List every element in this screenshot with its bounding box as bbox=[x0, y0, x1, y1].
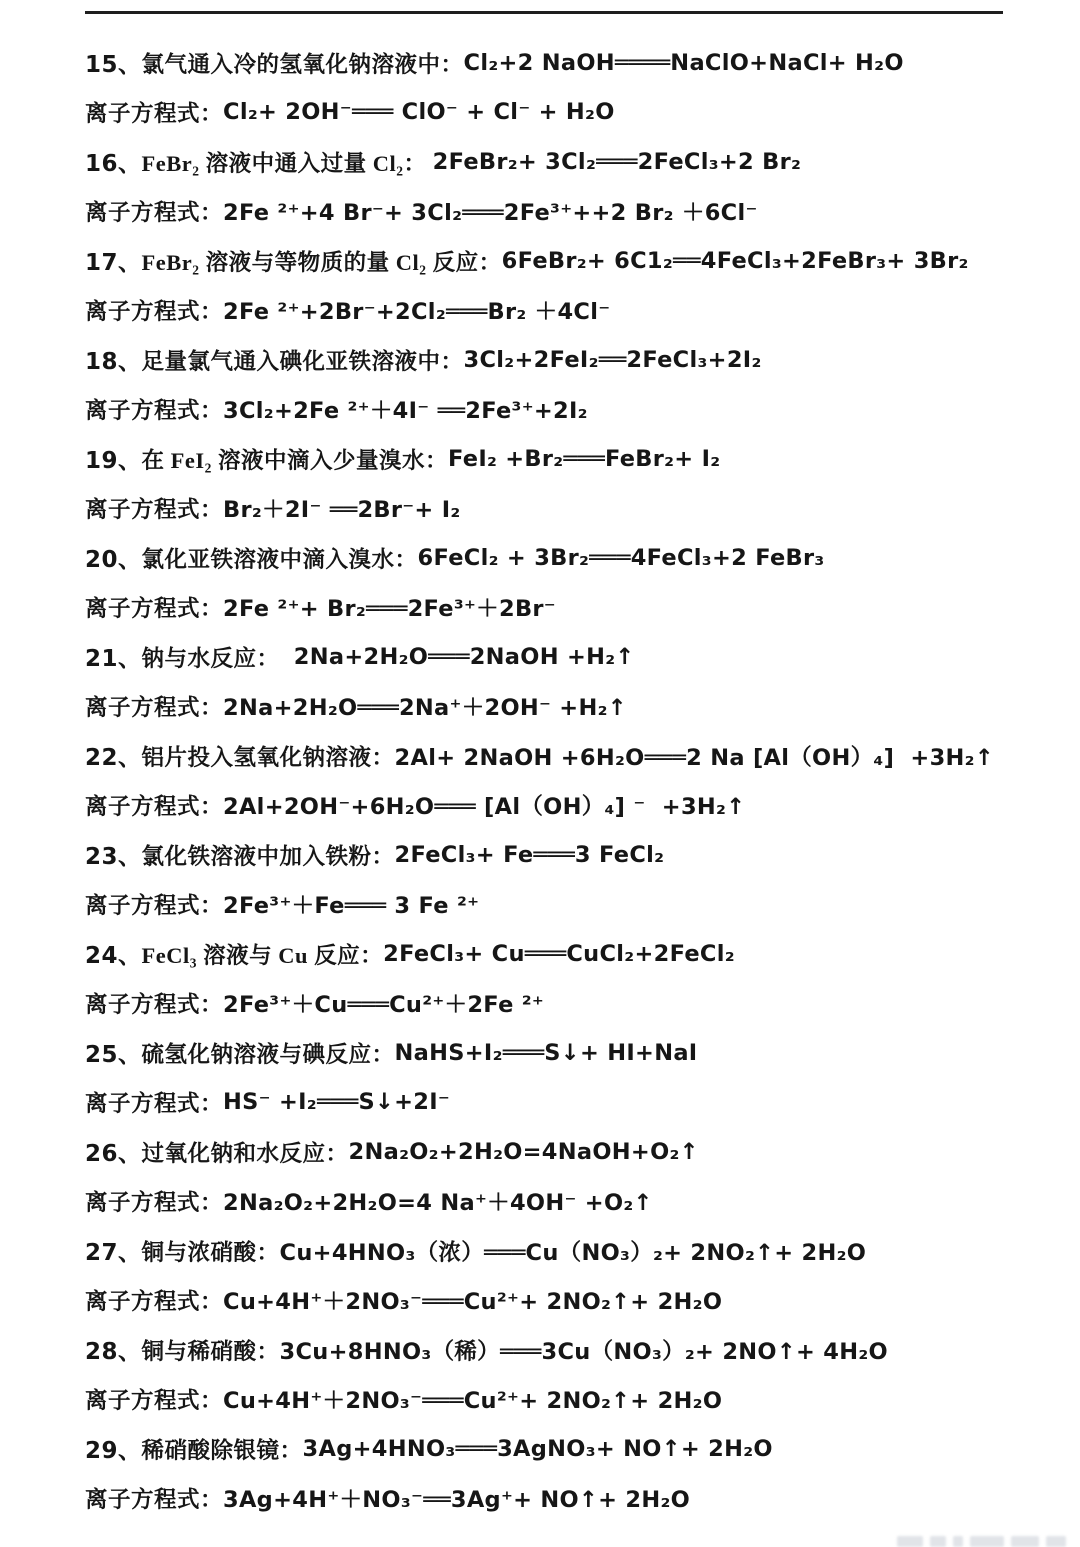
item-equation: 3Ag+4HNO₃═══3AgNO₃+ NO↑+ 2H₂O bbox=[303, 1436, 773, 1462]
ionic-line: 离子方程式： Cu+4H⁺＋2NO₃⁻═══Cu²⁺+ 2NO₂↑+ 2H₂O bbox=[85, 1276, 1035, 1326]
item-number: 24、 bbox=[85, 937, 142, 970]
reaction-item: 15、 氯气通入冷的氢氧化钠溶液中： Cl₂+2 NaOH════NaClO+N… bbox=[85, 38, 1035, 137]
reaction-line: 17、 FeBr₂ 溶液与等物质的量 Cl₂ 反应： 6FeBr₂+ 6C1₂═… bbox=[85, 236, 1035, 286]
item-number: 22、 bbox=[85, 739, 142, 772]
item-number: 19、 bbox=[85, 442, 142, 475]
item-equation: 2FeCl₃+ Fe═══3 FeCl₂ bbox=[395, 842, 665, 868]
item-number: 18、 bbox=[85, 343, 142, 376]
item-title: FeBr₂ 溶液中通入过量 Cl₂： bbox=[142, 146, 433, 178]
reaction-item: 18、 足量氯气通入碘化亚铁溶液中： 3Cl₂+2FeI₂══2FeCl₃+2I… bbox=[85, 335, 1035, 434]
item-equation: FeI₂ +Br₂═══FeBr₂+ I₂ bbox=[448, 446, 720, 472]
ionic-equation: 2Fe³⁺＋Fe═══ 3 Fe ²⁺ bbox=[223, 888, 479, 920]
reaction-line: 21、 钠与水反应： 2Na+2H₂O═══2NaOH +H₂↑ bbox=[85, 632, 1035, 682]
ionic-equation: 2Fe ²⁺+2Br⁻+2Cl₂═══Br₂ ＋4Cl⁻ bbox=[223, 294, 610, 326]
ionic-equation: 2Na+2H₂O═══2Na⁺＋2OH⁻ +H₂↑ bbox=[223, 690, 627, 722]
item-title: 铝片投入氢氧化钠溶液： bbox=[142, 740, 395, 772]
ionic-line: 离子方程式： Cu+4H⁺＋2NO₃⁻═══Cu²⁺+ 2NO₂↑+ 2H₂O bbox=[85, 1375, 1035, 1425]
reaction-item: 21、 钠与水反应： 2Na+2H₂O═══2NaOH +H₂↑ 离子方程式： … bbox=[85, 632, 1035, 731]
reaction-line: 25、 硫氢化钠溶液与碘反应： NaHS+I₂═══S↓+ HI+NaI bbox=[85, 1028, 1035, 1078]
item-equation: 3Cl₂+2FeI₂══2FeCl₃+2I₂ bbox=[464, 347, 762, 373]
ionic-label: 离子方程式： bbox=[85, 1185, 223, 1217]
ionic-line: 离子方程式： 2Al+2OH⁻+6H₂O═══ [Al（OH）₄] ⁻ +3H₂… bbox=[85, 781, 1035, 831]
ionic-line: 离子方程式： HS⁻ +I₂═══S↓+2I⁻ bbox=[85, 1078, 1035, 1128]
ionic-line: 离子方程式： 2Fe³⁺＋Cu═══Cu²⁺＋2Fe ²⁺ bbox=[85, 979, 1035, 1029]
item-number: 29、 bbox=[85, 1432, 142, 1465]
item-title: 铜与稀硝酸： bbox=[142, 1334, 280, 1366]
ionic-label: 离子方程式： bbox=[85, 1086, 223, 1118]
item-number: 20、 bbox=[85, 541, 142, 574]
ionic-equation: 2Fe³⁺＋Cu═══Cu²⁺＋2Fe ²⁺ bbox=[223, 987, 544, 1019]
reaction-line: 28、 铜与稀硝酸： 3Cu+8HNO₃（稀）═══3Cu（NO₃）₂+ 2NO… bbox=[85, 1325, 1035, 1375]
item-equation: 2FeBr₂+ 3Cl₂═══2FeCl₃+2 Br₂ bbox=[433, 149, 802, 175]
item-title: 足量氯气通入碘化亚铁溶液中： bbox=[142, 344, 464, 376]
ionic-label: 离子方程式： bbox=[85, 393, 223, 425]
item-title: 过氧化钠和水反应： bbox=[142, 1136, 349, 1168]
reaction-item: 22、 铝片投入氢氧化钠溶液： 2Al+ 2NaOH +6H₂O═══2 Na … bbox=[85, 731, 1035, 830]
item-equation: NaHS+I₂═══S↓+ HI+NaI bbox=[395, 1040, 698, 1066]
ionic-line: 离子方程式： 2Fe ²⁺+ Br₂═══2Fe³⁺＋2Br⁻ bbox=[85, 583, 1035, 633]
ionic-line: 离子方程式： Cl₂+ 2OH⁻═══ ClO⁻ + Cl⁻ + H₂O bbox=[85, 88, 1035, 138]
item-title: 氯化铁溶液中加入铁粉： bbox=[142, 839, 395, 871]
reaction-item: 24、 FeCl₃ 溶液与 Cu 反应： 2FeCl₃+ Cu═══CuCl₂+… bbox=[85, 929, 1035, 1028]
item-number: 16、 bbox=[85, 145, 142, 178]
ionic-label: 离子方程式： bbox=[85, 789, 223, 821]
reaction-item: 20、 氯化亚铁溶液中滴入溴水： 6FeCl₂ + 3Br₂═══4FeCl₃+… bbox=[85, 533, 1035, 632]
item-title: 稀硝酸除银镜： bbox=[142, 1433, 303, 1465]
ionic-equation: Cu+4H⁺＋2NO₃⁻═══Cu²⁺+ 2NO₂↑+ 2H₂O bbox=[223, 1383, 722, 1415]
item-equation: 6FeCl₂ + 3Br₂═══4FeCl₃+2 FeBr₃ bbox=[418, 545, 825, 571]
item-equation: Cl₂+2 NaOH════NaClO+NaCl+ H₂O bbox=[464, 50, 904, 76]
ionic-label: 离子方程式： bbox=[85, 690, 223, 722]
item-title: 在 FeI₂ 溶液中滴入少量溴水： bbox=[142, 443, 448, 475]
watermark bbox=[890, 1529, 1066, 1547]
ionic-equation: 2Fe ²⁺+4 Br⁻+ 3Cl₂═══2Fe³⁺++2 Br₂ ＋6Cl⁻ bbox=[223, 195, 758, 227]
ionic-line: 离子方程式： Br₂＋2I⁻ ══2Br⁻+ I₂ bbox=[85, 484, 1035, 534]
ionic-label: 离子方程式： bbox=[85, 492, 223, 524]
item-equation: 3Cu+8HNO₃（稀）═══3Cu（NO₃）₂+ 2NO↑+ 4H₂O bbox=[280, 1334, 888, 1366]
reaction-line: 15、 氯气通入冷的氢氧化钠溶液中： Cl₂+2 NaOH════NaClO+N… bbox=[85, 38, 1035, 88]
item-number: 28、 bbox=[85, 1333, 142, 1366]
page-top-rule bbox=[85, 11, 1003, 14]
reaction-line: 23、 氯化铁溶液中加入铁粉： 2FeCl₃+ Fe═══3 FeCl₂ bbox=[85, 830, 1035, 880]
item-number: 27、 bbox=[85, 1234, 142, 1267]
item-equation: 6FeBr₂+ 6C1₂══4FeCl₃+2FeBr₃+ 3Br₂ bbox=[502, 248, 969, 274]
reaction-line: 24、 FeCl₃ 溶液与 Cu 反应： 2FeCl₃+ Cu═══CuCl₂+… bbox=[85, 929, 1035, 979]
reaction-item: 25、 硫氢化钠溶液与碘反应： NaHS+I₂═══S↓+ HI+NaI 离子方… bbox=[85, 1028, 1035, 1127]
reaction-line: 20、 氯化亚铁溶液中滴入溴水： 6FeCl₂ + 3Br₂═══4FeCl₃+… bbox=[85, 533, 1035, 583]
ionic-label: 离子方程式： bbox=[85, 294, 223, 326]
item-title: 硫氢化钠溶液与碘反应： bbox=[142, 1037, 395, 1069]
reaction-item: 26、 过氧化钠和水反应： 2Na₂O₂+2H₂O=4NaOH+O₂↑ 离子方程… bbox=[85, 1127, 1035, 1226]
item-equation: 2Na+2H₂O═══2NaOH +H₂↑ bbox=[286, 644, 635, 670]
ionic-label: 离子方程式： bbox=[85, 888, 223, 920]
reaction-item: 23、 氯化铁溶液中加入铁粉： 2FeCl₃+ Fe═══3 FeCl₂ 离子方… bbox=[85, 830, 1035, 929]
reaction-line: 22、 铝片投入氢氧化钠溶液： 2Al+ 2NaOH +6H₂O═══2 Na … bbox=[85, 731, 1035, 781]
item-equation: 2Al+ 2NaOH +6H₂O═══2 Na [Al（OH）₄] +3H₂↑ bbox=[395, 740, 994, 772]
ionic-equation: 2Na₂O₂+2H₂O=4 Na⁺＋4OH⁻ +O₂↑ bbox=[223, 1185, 653, 1217]
reaction-line: 16、 FeBr₂ 溶液中通入过量 Cl₂： 2FeBr₂+ 3Cl₂═══2F… bbox=[85, 137, 1035, 187]
reaction-item: 29、 稀硝酸除银镜： 3Ag+4HNO₃═══3AgNO₃+ NO↑+ 2H₂… bbox=[85, 1424, 1035, 1523]
ionic-label: 离子方程式： bbox=[85, 1383, 223, 1415]
item-equation: 2FeCl₃+ Cu═══CuCl₂+2FeCl₂ bbox=[383, 941, 735, 967]
ionic-line: 离子方程式： 2Na+2H₂O═══2Na⁺＋2OH⁻ +H₂↑ bbox=[85, 682, 1035, 732]
reaction-item: 16、 FeBr₂ 溶液中通入过量 Cl₂： 2FeBr₂+ 3Cl₂═══2F… bbox=[85, 137, 1035, 236]
ionic-label: 离子方程式： bbox=[85, 987, 223, 1019]
ionic-label: 离子方程式： bbox=[85, 1284, 223, 1316]
ionic-line: 离子方程式： 3Ag+4H⁺＋NO₃⁻══3Ag⁺+ NO↑+ 2H₂O bbox=[85, 1474, 1035, 1524]
ionic-equation: HS⁻ +I₂═══S↓+2I⁻ bbox=[223, 1089, 450, 1115]
item-number: 15、 bbox=[85, 46, 142, 79]
item-title: 氯化亚铁溶液中滴入溴水： bbox=[142, 542, 418, 574]
ionic-equation: 3Cl₂+2Fe ²⁺＋4I⁻ ══2Fe³⁺+2I₂ bbox=[223, 393, 588, 425]
item-equation: Cu+4HNO₃（浓）═══Cu（NO₃）₂+ 2NO₂↑+ 2H₂O bbox=[280, 1235, 867, 1267]
ionic-label: 离子方程式： bbox=[85, 195, 223, 227]
ionic-equation: 3Ag+4H⁺＋NO₃⁻══3Ag⁺+ NO↑+ 2H₂O bbox=[223, 1482, 690, 1514]
reaction-item: 27、 铜与浓硝酸： Cu+4HNO₃（浓）═══Cu（NO₃）₂+ 2NO₂↑… bbox=[85, 1226, 1035, 1325]
ionic-label: 离子方程式： bbox=[85, 96, 223, 128]
item-title: 铜与浓硝酸： bbox=[142, 1235, 280, 1267]
ionic-line: 离子方程式： 3Cl₂+2Fe ²⁺＋4I⁻ ══2Fe³⁺+2I₂ bbox=[85, 385, 1035, 435]
ionic-label: 离子方程式： bbox=[85, 1482, 223, 1514]
reaction-line: 29、 稀硝酸除银镜： 3Ag+4HNO₃═══3AgNO₃+ NO↑+ 2H₂… bbox=[85, 1424, 1035, 1474]
reaction-line: 19、 在 FeI₂ 溶液中滴入少量溴水： FeI₂ +Br₂═══FeBr₂+… bbox=[85, 434, 1035, 484]
item-number: 21、 bbox=[85, 640, 142, 673]
document-page: { "doc": { "ionic_label": "离子方程式：", "ite… bbox=[0, 0, 1080, 1547]
item-number: 17、 bbox=[85, 244, 142, 277]
reaction-line: 27、 铜与浓硝酸： Cu+4HNO₃（浓）═══Cu（NO₃）₂+ 2NO₂↑… bbox=[85, 1226, 1035, 1276]
item-title: 氯气通入冷的氢氧化钠溶液中： bbox=[142, 47, 464, 79]
ionic-equation: 2Fe ²⁺+ Br₂═══2Fe³⁺＋2Br⁻ bbox=[223, 591, 556, 623]
reaction-item: 28、 铜与稀硝酸： 3Cu+8HNO₃（稀）═══3Cu（NO₃）₂+ 2NO… bbox=[85, 1325, 1035, 1424]
item-number: 25、 bbox=[85, 1036, 142, 1069]
item-title: FeBr₂ 溶液与等物质的量 Cl₂ 反应： bbox=[142, 245, 502, 277]
reaction-line: 18、 足量氯气通入碘化亚铁溶液中： 3Cl₂+2FeI₂══2FeCl₃+2I… bbox=[85, 335, 1035, 385]
reaction-item: 17、 FeBr₂ 溶液与等物质的量 Cl₂ 反应： 6FeBr₂+ 6C1₂═… bbox=[85, 236, 1035, 335]
ionic-equation: Cl₂+ 2OH⁻═══ ClO⁻ + Cl⁻ + H₂O bbox=[223, 99, 615, 125]
ionic-line: 离子方程式： 2Fe³⁺＋Fe═══ 3 Fe ²⁺ bbox=[85, 880, 1035, 930]
ionic-line: 离子方程式： 2Fe ²⁺+4 Br⁻+ 3Cl₂═══2Fe³⁺++2 Br₂… bbox=[85, 187, 1035, 237]
ionic-label: 离子方程式： bbox=[85, 591, 223, 623]
equation-list: 15、 氯气通入冷的氢氧化钠溶液中： Cl₂+2 NaOH════NaClO+N… bbox=[85, 38, 1035, 1523]
item-number: 23、 bbox=[85, 838, 142, 871]
ionic-line: 离子方程式： 2Na₂O₂+2H₂O=4 Na⁺＋4OH⁻ +O₂↑ bbox=[85, 1177, 1035, 1227]
item-number: 26、 bbox=[85, 1135, 142, 1168]
ionic-equation: 2Al+2OH⁻+6H₂O═══ [Al（OH）₄] ⁻ +3H₂↑ bbox=[223, 789, 745, 821]
ionic-equation: Cu+4H⁺＋2NO₃⁻═══Cu²⁺+ 2NO₂↑+ 2H₂O bbox=[223, 1284, 722, 1316]
ionic-line: 离子方程式： 2Fe ²⁺+2Br⁻+2Cl₂═══Br₂ ＋4Cl⁻ bbox=[85, 286, 1035, 336]
item-title: FeCl₃ 溶液与 Cu 反应： bbox=[142, 938, 384, 970]
reaction-item: 19、 在 FeI₂ 溶液中滴入少量溴水： FeI₂ +Br₂═══FeBr₂+… bbox=[85, 434, 1035, 533]
ionic-equation: Br₂＋2I⁻ ══2Br⁻+ I₂ bbox=[223, 492, 461, 524]
item-title: 钠与水反应： bbox=[142, 641, 286, 673]
item-equation: 2Na₂O₂+2H₂O=4NaOH+O₂↑ bbox=[349, 1139, 699, 1165]
reaction-line: 26、 过氧化钠和水反应： 2Na₂O₂+2H₂O=4NaOH+O₂↑ bbox=[85, 1127, 1035, 1177]
